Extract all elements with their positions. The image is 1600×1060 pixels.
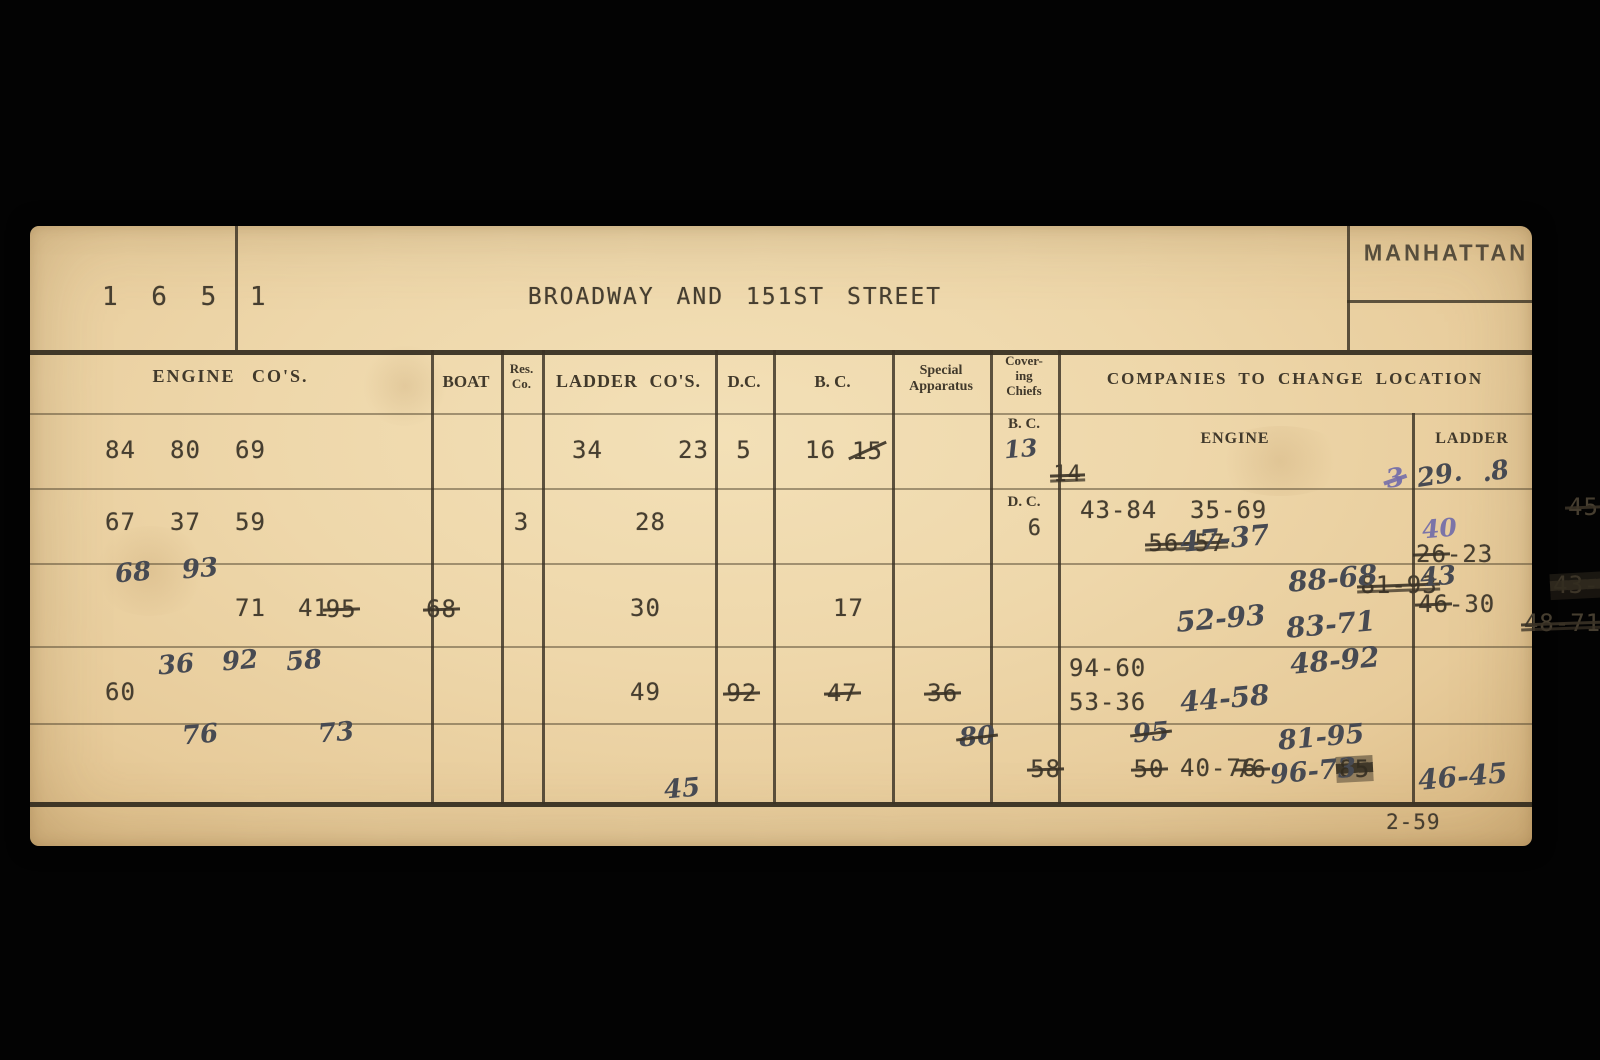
handwritten-relocation-pair: 52-93 (1175, 598, 1267, 639)
struck-number: 46 (1418, 590, 1449, 618)
handwritten-ladder-relocation: 43 (1419, 560, 1458, 593)
header-top-rule (30, 350, 1532, 355)
struck-relocation-pair: 43-68 (1553, 571, 1600, 599)
struck-ladder-relocation: 45 (1568, 493, 1599, 521)
struck-handwritten-engine-number: 95 (1131, 716, 1170, 749)
handwritten-relocation-pair: 83-71 (1285, 604, 1377, 645)
ladder-co-number: 23 (678, 436, 709, 464)
borough-underline-rule (1347, 300, 1532, 303)
column-header-bc: B. C. (773, 372, 892, 392)
struck-engine-number: 36 (927, 679, 958, 707)
engine-co-number: 67 (105, 508, 136, 536)
dc-number: 5 (715, 436, 773, 464)
struck-engine-number: 95 (326, 595, 357, 623)
handwritten-relocation-pair: 48-92 (1289, 640, 1381, 681)
handwritten-number: .8 (1480, 455, 1512, 489)
struck-engine-number: 47 (827, 679, 858, 707)
handwritten-engine-number: 68 (114, 556, 153, 589)
column-header-dc: D.C. (715, 372, 773, 392)
struck-handwritten-engine-number: 80 (958, 720, 997, 753)
column-rule-special-left (892, 350, 895, 804)
handwritten-engine-number: 76 (181, 718, 220, 751)
column-header-covering-line3: Chiefs (990, 383, 1058, 398)
column-header-special-line1: Special (892, 363, 990, 379)
engine-co-number: 59 (235, 508, 266, 536)
relocation-pair: 40-76 (1180, 754, 1257, 782)
handwritten-ladder-relocation: 46-45 (1417, 756, 1509, 797)
struck-engine-number: 50 (1134, 755, 1165, 783)
handwritten-engine-number: 92 (221, 644, 260, 677)
engine-co-number: 71 (235, 594, 266, 622)
borough-stamp: MANHATTAN (1360, 239, 1532, 266)
subheader-engine: ENGINE (1058, 430, 1412, 448)
column-rule-dc-left (715, 350, 718, 804)
engine-co-number: 84 (105, 436, 136, 464)
ladder-relocation-pair: 46-30 (1418, 590, 1495, 618)
handwritten-covering-chief: 13 (1003, 433, 1039, 465)
handwritten-engine-number: 73 (317, 716, 356, 749)
column-rule-bc-left (773, 350, 776, 804)
scan-background: 1 6 5 1 BROADWAY AND 151ST STREET MANHAT… (0, 0, 1600, 1060)
handwritten-ladder-co-number: 45 (663, 772, 702, 805)
engine-co-number: 69 (235, 436, 266, 464)
box-number: 1 6 5 1 (102, 282, 275, 312)
struck-engine-number: 92 (726, 679, 757, 707)
struck-relocation-pair: 48-71 (1524, 609, 1600, 637)
column-header-covering-chiefs: Cover- ing Chiefs (990, 353, 1058, 398)
row-separator (30, 488, 1532, 490)
covering-chief-label: D. C. (990, 494, 1058, 511)
column-header-ladder-cos: LADDER CO'S. (542, 371, 715, 392)
table-bottom-rule (30, 802, 1532, 807)
subheader-ladder: LADDER (1412, 430, 1532, 448)
covering-chief-number: 6 (990, 516, 1058, 541)
column-header-special-apparatus: Special Apparatus (892, 363, 990, 395)
covering-chief-label: B. C. (990, 416, 1058, 433)
handwritten-relocation-pair: 44-58 (1179, 678, 1271, 719)
handwritten-relocation-pair: 47-37 (1179, 518, 1271, 559)
column-header-engine-cos: ENGINE CO'S. (30, 366, 431, 387)
alarm-assignment-card: 1 6 5 1 BROADWAY AND 151ST STREET MANHAT… (30, 226, 1532, 846)
relocation-pair: 43-84 (1080, 496, 1157, 524)
struck-covering-chief: 14 (1053, 462, 1082, 487)
handwritten-relocation-pair: 81-95 (1277, 718, 1366, 756)
handwritten-engine-number: 58 (285, 644, 324, 677)
column-header-special-line2: Apparatus (892, 379, 990, 395)
struck-engine-number: 58 (1030, 755, 1061, 783)
column-rule-boat-left (431, 350, 434, 804)
bc-number: 17 (833, 594, 864, 622)
column-header-res-co-line1: Res. (501, 361, 542, 376)
ladder-co-number: 49 (630, 678, 661, 706)
typed-number: -30 (1449, 590, 1495, 618)
borough-box-rule (1347, 226, 1350, 350)
column-header-res-co-line2: Co. (501, 376, 542, 391)
ladder-co-number: 30 (630, 594, 661, 622)
bc-number: 16 (805, 436, 836, 464)
engine-co-number: 37 (170, 508, 201, 536)
column-header-boat: BOAT (431, 372, 501, 392)
column-rule-ladder-left (542, 350, 545, 804)
handwritten-engine-number: 93 (181, 552, 220, 585)
column-header-covering-line1: Cover- (990, 353, 1058, 368)
form-code: 2-59 (1386, 810, 1441, 834)
engine-co-number: 60 (105, 678, 136, 706)
column-rule-companies-left (1058, 350, 1061, 804)
column-rule-resco-left (501, 350, 504, 804)
handwritten-engine-number: 36 (157, 648, 196, 681)
engine-co-number: 41 (298, 594, 329, 622)
alarm-location-title: BROADWAY AND 151ST STREET (385, 284, 1085, 310)
engine-co-number: 80 (170, 436, 201, 464)
struck-engine-number: 68 (426, 595, 457, 623)
relocation-pair: 94-60 (1069, 654, 1146, 682)
relocation-pair: 53-36 (1069, 688, 1146, 716)
ladder-co-number: 28 (635, 508, 666, 536)
struck-bc-number: 15 (852, 437, 883, 465)
handwritten-number: 29. (1414, 457, 1463, 494)
struck-handwritten-number: 3 (1384, 462, 1407, 494)
handwritten-relocation-pair: 96-73 (1269, 752, 1358, 790)
rescue-co-number: 3 (501, 508, 542, 536)
ladder-co-number: 34 (572, 436, 603, 464)
column-header-covering-line2: ing (990, 368, 1058, 383)
column-header-companies-change: COMPANIES TO CHANGE LOCATION (1058, 369, 1532, 389)
column-header-res-co: Res. Co. (501, 361, 542, 391)
header-bottom-rule (30, 413, 1532, 415)
